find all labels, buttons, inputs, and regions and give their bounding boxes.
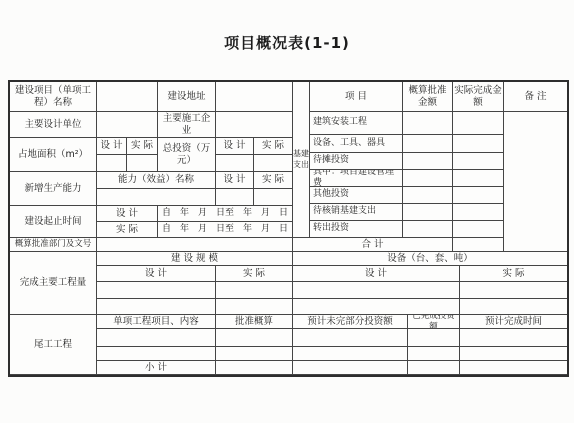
capacity-design-header: 设 计 bbox=[216, 172, 254, 189]
capacity-name-header: 能力（效益）名称 bbox=[97, 172, 216, 189]
tail-approved-value-cell bbox=[216, 329, 293, 347]
expenditure-completed-cell bbox=[453, 112, 504, 135]
tail-approved-value-cell bbox=[216, 347, 293, 361]
total-investment-label: 总投资（万元） bbox=[158, 138, 216, 172]
expenditure-row-label: 设备、工具、器具 bbox=[310, 135, 403, 153]
capacity-actual-value-cell bbox=[254, 189, 293, 206]
scale-actual-value-cell bbox=[216, 282, 293, 299]
tail-finish-time-value-cell bbox=[460, 347, 567, 361]
tail-completed-value-cell bbox=[408, 329, 460, 347]
approval-dept-value-cell bbox=[97, 238, 293, 252]
tail-works-label: 尾工工程 bbox=[10, 315, 97, 375]
scale-actual-header: 实 际 bbox=[216, 266, 293, 282]
expenditure-approved-cell bbox=[403, 153, 453, 170]
capacity-actual-header: 实 际 bbox=[254, 172, 293, 189]
top-section: 建设项目（单项工程）名称 建设地址 主要设计单位 主要施工企业 占地面积（m²）… bbox=[10, 82, 567, 252]
basic-info-grid: 建设项目（单项工程）名称 建设地址 主要设计单位 主要施工企业 占地面积（m²）… bbox=[10, 82, 293, 252]
expenditure-approved-cell bbox=[403, 135, 453, 153]
address-value-cell bbox=[216, 82, 293, 112]
construction-firm-label: 主要施工企业 bbox=[158, 112, 216, 138]
expenditure-grid: 基建支出 项 目 概算批准金额 实际完成金额 备 注 建筑安装工程 设备、工具、… bbox=[293, 82, 567, 252]
tail-finish-time-header: 预计完成时间 bbox=[460, 315, 567, 329]
design-unit-label: 主要设计单位 bbox=[10, 112, 97, 138]
expenditure-approved-cell bbox=[403, 187, 453, 204]
expenditure-row-label: 其他投资 bbox=[310, 187, 403, 204]
tail-remaining-header: 预计未完部分投资额 bbox=[293, 315, 408, 329]
approval-dept-label: 概算批准部门及文号 bbox=[10, 238, 97, 252]
expenditure-row-label: 其中：项目建设管理费 bbox=[310, 170, 403, 187]
tail-item-value-cell bbox=[97, 347, 216, 361]
new-capacity-label: 新增生产能力 bbox=[10, 172, 97, 206]
expenditure-completed-cell bbox=[453, 204, 504, 221]
scale-design-value-cell bbox=[97, 282, 216, 299]
expenditure-approved-cell bbox=[403, 204, 453, 221]
expenditure-completed-cell bbox=[453, 170, 504, 187]
expenditure-row-label: 待核销基建支出 bbox=[310, 204, 403, 221]
expenditure-approved-cell bbox=[403, 112, 453, 135]
land-area-label: 占地面积（m²） bbox=[10, 138, 97, 172]
project-overview-table: 建设项目（单项工程）名称 建设地址 主要设计单位 主要施工企业 占地面积（m²）… bbox=[8, 80, 569, 377]
design-unit-value-cell bbox=[97, 112, 158, 138]
investment-actual-header: 实 际 bbox=[254, 138, 293, 155]
scale-design-value-cell bbox=[97, 299, 216, 315]
tail-approved-header: 批准概算 bbox=[216, 315, 293, 329]
tail-completed-value-cell bbox=[408, 347, 460, 361]
project-name-value-cell bbox=[97, 82, 158, 112]
completed-amount-header: 实际完成金额 bbox=[453, 82, 504, 112]
remark-header: 备 注 bbox=[504, 82, 567, 112]
capacity-design-value-cell bbox=[216, 189, 254, 206]
investment-design-header: 设 计 bbox=[216, 138, 254, 155]
expenditure-row-label: 转出投资 bbox=[310, 221, 403, 238]
land-area-actual-header: 实 际 bbox=[127, 138, 158, 155]
tail-subtotal-remaining-cell bbox=[293, 361, 408, 375]
land-area-design-header: 设 计 bbox=[97, 138, 127, 155]
expenditure-completed-cell bbox=[453, 221, 504, 238]
expenditure-completed-cell bbox=[453, 135, 504, 153]
scale-header: 建 设 规 模 bbox=[97, 252, 293, 266]
investment-actual-value-cell bbox=[254, 155, 293, 172]
remark-value-cell bbox=[504, 112, 567, 252]
tail-item-header: 单项工程项目、内容 bbox=[97, 315, 216, 329]
period-design-date-cell: 自 年 月 日至 年 月 日 bbox=[158, 206, 293, 222]
tail-remaining-value-cell bbox=[293, 329, 408, 347]
equipment-actual-value-cell bbox=[460, 282, 567, 299]
completed-works-label: 完成主要工程量 bbox=[10, 252, 97, 315]
expenditure-approved-cell bbox=[403, 221, 453, 238]
expenditure-side-label: 基建支出 bbox=[293, 82, 310, 238]
equipment-design-value-cell bbox=[293, 282, 460, 299]
construction-firm-value-cell bbox=[216, 112, 293, 138]
tail-subtotal-finish-cell bbox=[460, 361, 567, 375]
expenditure-total-label: 合 计 bbox=[293, 238, 453, 252]
period-design-header: 设 计 bbox=[97, 206, 158, 222]
project-name-label: 建设项目（单项工程）名称 bbox=[10, 82, 97, 112]
capacity-name-value-cell bbox=[97, 189, 216, 206]
expenditure-row-label: 建筑安装工程 bbox=[310, 112, 403, 135]
approved-amount-header: 概算批准金额 bbox=[403, 82, 453, 112]
equipment-design-header: 设 计 bbox=[293, 266, 460, 282]
expenditure-total-completed-cell bbox=[453, 238, 504, 252]
tail-subtotal-approved-cell bbox=[216, 361, 293, 375]
period-actual-header: 实 际 bbox=[97, 222, 158, 238]
expenditure-completed-cell bbox=[453, 153, 504, 170]
land-area-design-value-cell bbox=[97, 155, 127, 172]
expenditure-approved-cell bbox=[403, 170, 453, 187]
scale-design-header: 设 计 bbox=[97, 266, 216, 282]
equipment-design-value-cell bbox=[293, 299, 460, 315]
page-title: 项目概况表(1-1) bbox=[0, 32, 574, 53]
scale-actual-value-cell bbox=[216, 299, 293, 315]
tail-remaining-value-cell bbox=[293, 347, 408, 361]
tail-finish-time-value-cell bbox=[460, 329, 567, 347]
expenditure-completed-cell bbox=[453, 187, 504, 204]
investment-design-value-cell bbox=[216, 155, 254, 172]
expenditure-item-header: 项 目 bbox=[310, 82, 403, 112]
tail-subtotal-label: 小 计 bbox=[97, 361, 216, 375]
expenditure-row-label: 待摊投资 bbox=[310, 153, 403, 170]
equipment-header: 设备（台、套、吨） bbox=[293, 252, 567, 266]
construction-period-label: 建设起止时间 bbox=[10, 206, 97, 238]
address-label: 建设地址 bbox=[158, 82, 216, 112]
tail-subtotal-completed-cell bbox=[408, 361, 460, 375]
equipment-actual-header: 实 际 bbox=[460, 266, 567, 282]
tail-item-value-cell bbox=[97, 329, 216, 347]
land-area-actual-value-cell bbox=[127, 155, 158, 172]
tail-completed-header: 已完成投资额 bbox=[408, 315, 460, 329]
period-actual-date-cell: 自 年 月 日至 年 月 日 bbox=[158, 222, 293, 238]
bottom-section: 完成主要工程量 建 设 规 模 设备（台、套、吨） 设 计 实 际 设 计 实 … bbox=[10, 252, 567, 375]
equipment-actual-value-cell bbox=[460, 299, 567, 315]
